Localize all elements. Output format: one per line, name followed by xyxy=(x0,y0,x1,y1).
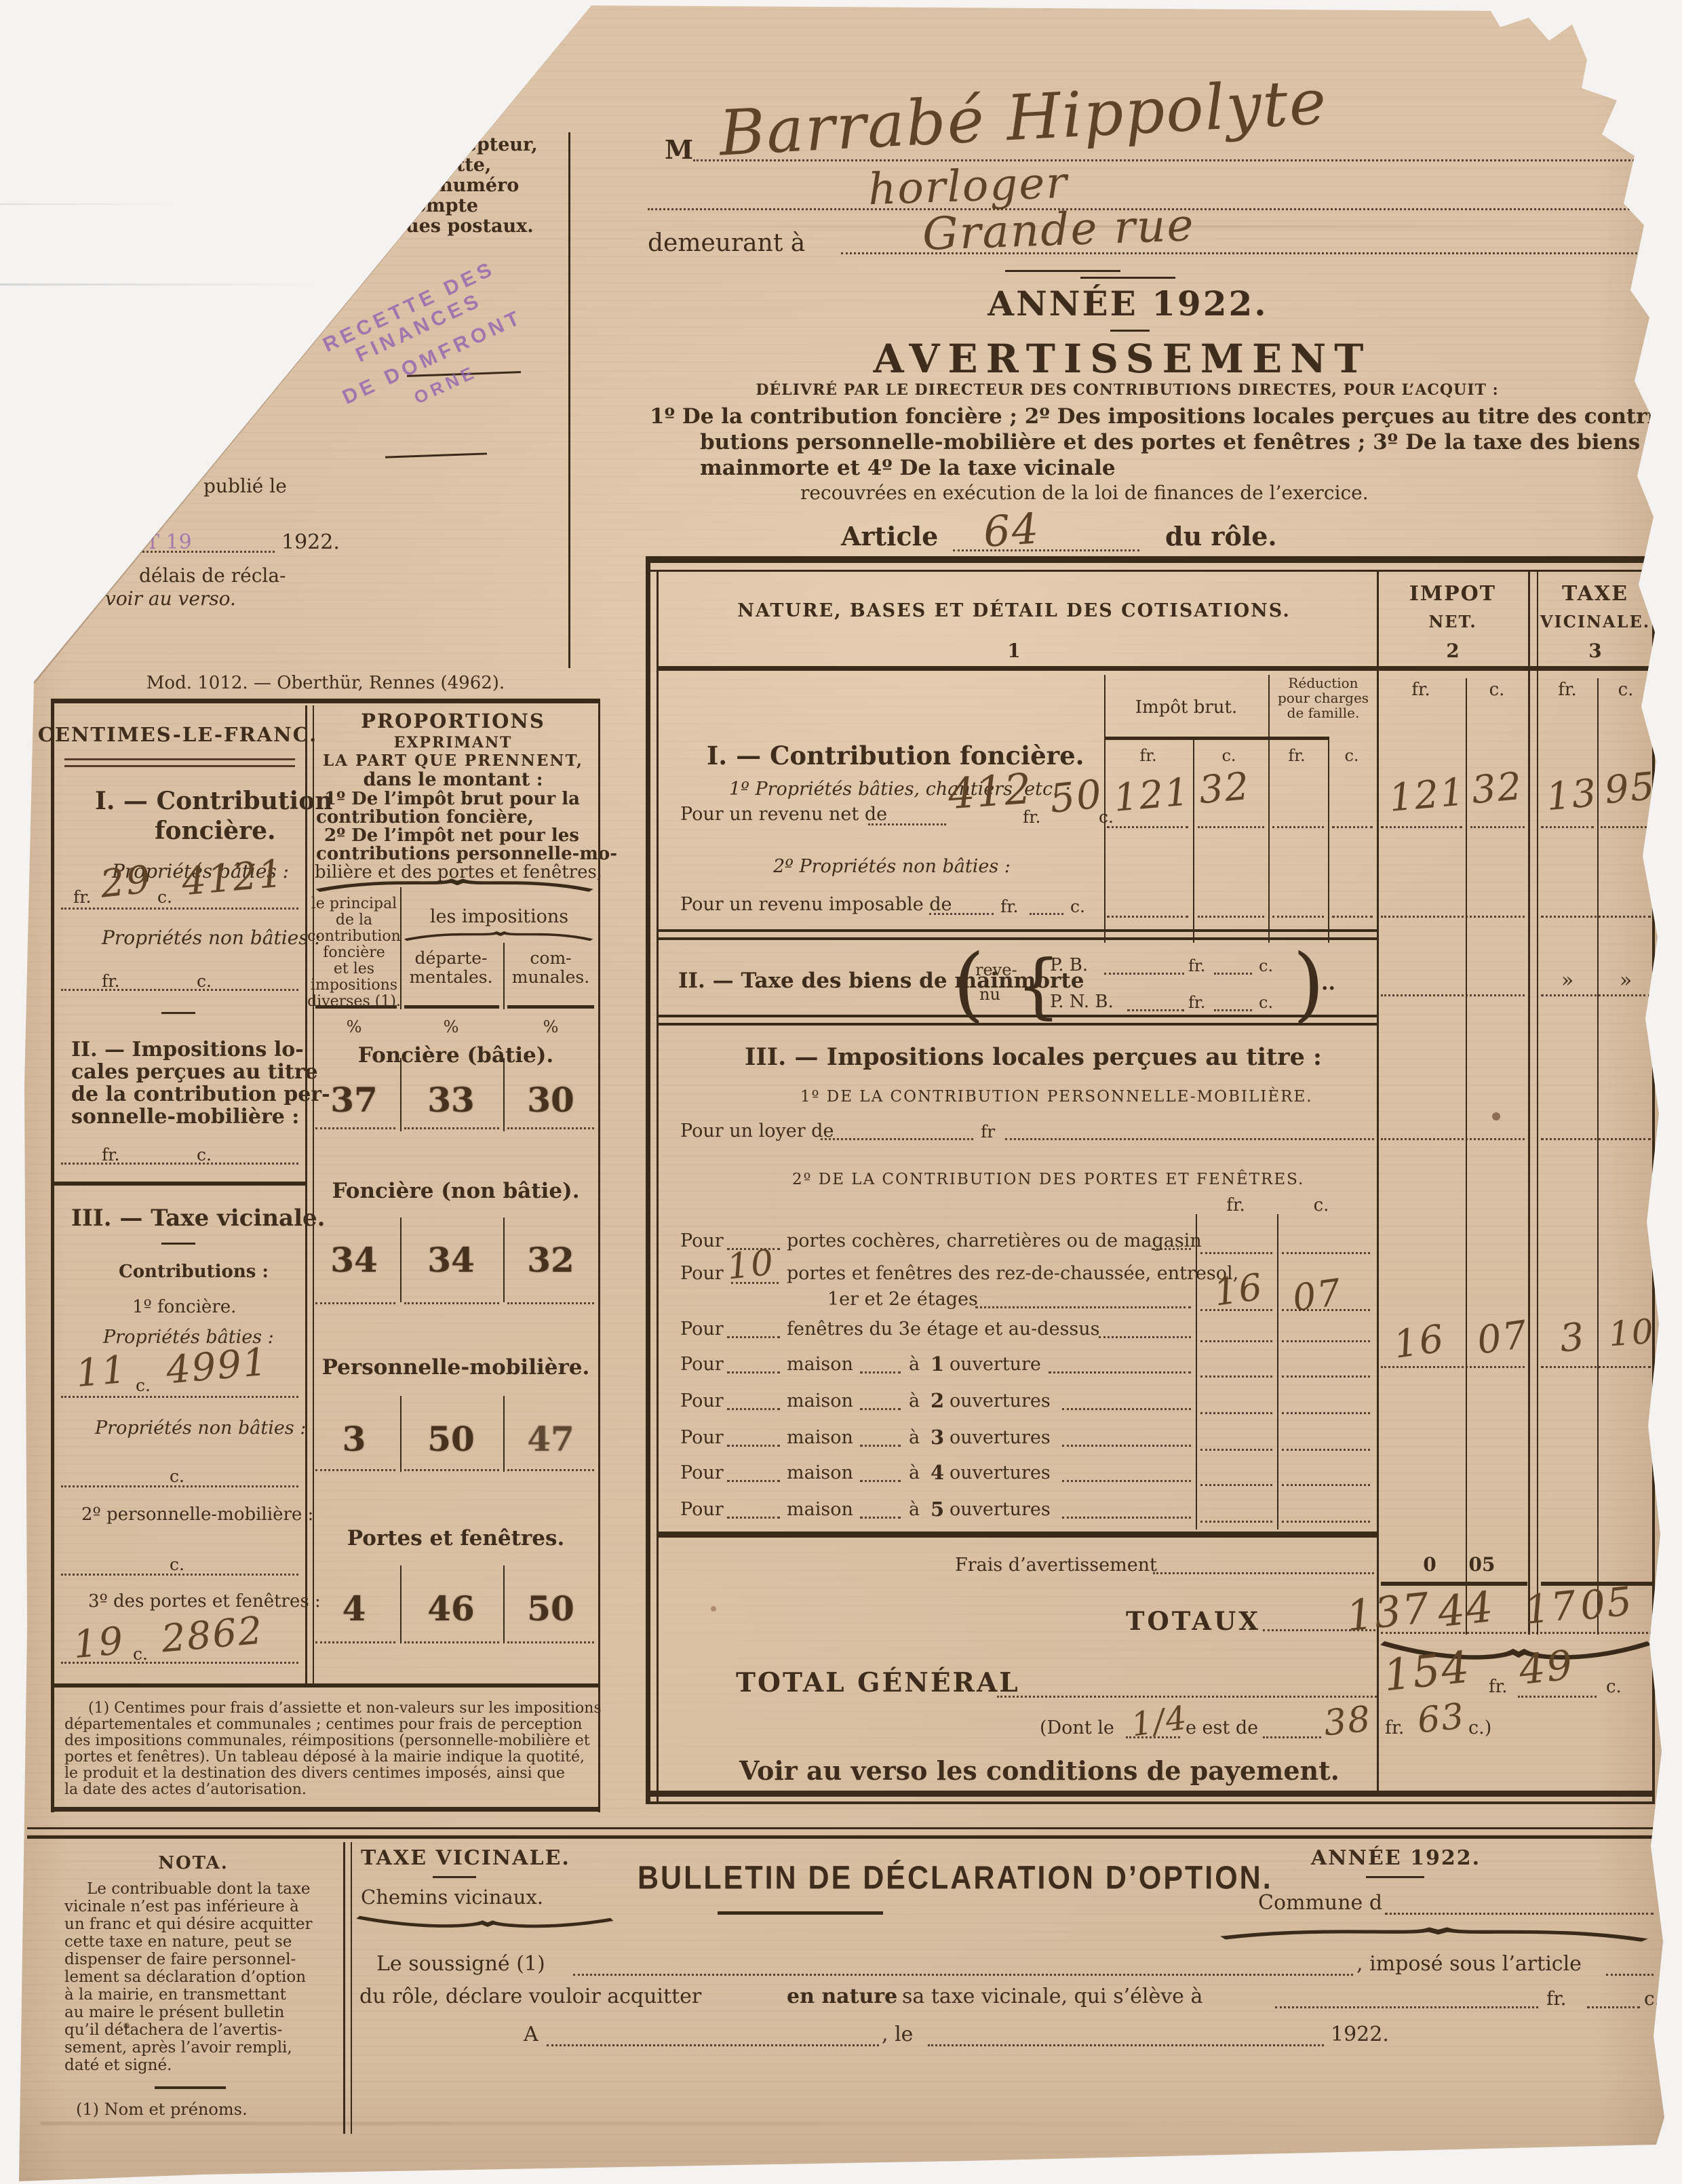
vic-c-value: 95 xyxy=(1603,764,1658,813)
row7-qty-dots xyxy=(727,1517,780,1519)
group1-div-ab xyxy=(400,1217,402,1302)
proportions-li1a: 1º De l’impôt brut pour la xyxy=(324,789,580,809)
loyer-vic-dots xyxy=(1541,1138,1651,1140)
sidebar-left-rule xyxy=(51,699,54,1812)
colC-header-2: munales. xyxy=(512,967,589,987)
frais-dots xyxy=(1153,1572,1374,1574)
finance-office-stamp: RECETTE DES FINANCES DE DOMFRONT ORNE xyxy=(263,231,591,461)
row0-trail-dots xyxy=(1152,1248,1191,1250)
header-bottom-rule xyxy=(657,666,1652,671)
group0-title: Foncière (bâtie). xyxy=(358,1043,553,1068)
group2-dots-c xyxy=(507,1469,594,1471)
sec2-end-rule-a xyxy=(657,1015,1377,1017)
row5-a: à xyxy=(909,1427,920,1448)
commune-dots xyxy=(1385,1913,1654,1915)
sb-fonciere-c-value: 4991 xyxy=(164,1340,270,1393)
group2-div-bc xyxy=(503,1396,505,1472)
publie-date-year: 1922. xyxy=(281,530,340,554)
fold-crease-hint-1 xyxy=(0,284,319,286)
centimes-underrule-a xyxy=(64,758,295,760)
row7-tail: ouvertures xyxy=(950,1499,1051,1520)
fold-crease-hint-2 xyxy=(0,203,176,205)
col3-frc-divider xyxy=(1597,678,1599,1635)
sb-sec1-line1: I. — Contribution xyxy=(95,787,332,815)
group2-value-a: 3 xyxy=(343,1419,366,1459)
sb-sec2-fr-label: fr. xyxy=(102,1145,119,1165)
row5-maison: maison xyxy=(787,1427,853,1448)
proportions-brace xyxy=(312,878,597,893)
declare-fr-label: fr. xyxy=(1546,1987,1567,2010)
group0-dots-c xyxy=(507,1127,594,1129)
mini-c-label: c. xyxy=(1314,1195,1329,1215)
row1-fr-handwriting: 16 xyxy=(1211,1265,1266,1314)
dont-fr-label: fr. xyxy=(1385,1717,1405,1738)
sb-pnb2-dots xyxy=(61,1485,298,1487)
nota-divider-a xyxy=(343,1842,345,2134)
row3-maison: maison xyxy=(787,1354,853,1375)
row6-trail-dots xyxy=(1062,1480,1191,1482)
fragment-percepteur: rcepteur, xyxy=(444,134,538,155)
centimes-underrule-b xyxy=(64,765,295,767)
col2-number: 2 xyxy=(1446,640,1459,662)
sb-sec2-line4: sonnelle-mobilière : xyxy=(71,1105,299,1129)
ri-cell-dots-3 xyxy=(1272,916,1324,918)
revenu-imposable-fr: fr. xyxy=(1000,897,1018,916)
soussigne-dots xyxy=(573,1974,1353,1976)
row5-c-dots xyxy=(1282,1449,1370,1451)
paper-speck-1 xyxy=(1492,1112,1500,1120)
row3-qty-dots xyxy=(727,1371,780,1373)
row5-qty-dots xyxy=(727,1445,780,1447)
table-bottom-rule-thick xyxy=(646,1791,1655,1797)
sb-pnb2: Propriétés non bâties : xyxy=(95,1418,306,1439)
sb-item1: 1º foncière. xyxy=(132,1297,236,1317)
nota-line-2: un franc et qui désire acquitter xyxy=(64,1915,313,1933)
sb-sec2-dots xyxy=(61,1163,298,1165)
colA-percent: % xyxy=(347,1017,362,1036)
impose-dots xyxy=(1606,1974,1654,1976)
revenu-net-value: 412 xyxy=(947,764,1034,819)
row3-mid-dots xyxy=(860,1371,901,1373)
row7-trail-dots xyxy=(1062,1517,1191,1519)
colB-header-2: mentales. xyxy=(409,967,492,987)
nota-line-9: sement, après l’avoir rempli, xyxy=(64,2039,292,2056)
declare-dots-2 xyxy=(1587,2006,1640,2008)
bulletin-title: BULLETIN DE DÉCLARATION D’OPTION. xyxy=(638,1860,1273,1897)
impose-label: , imposé sous l’article xyxy=(1356,1952,1582,1976)
group1-dots-a xyxy=(315,1302,395,1304)
fragment-numero: numéro xyxy=(439,175,519,196)
sb-portes-c-value: 2862 xyxy=(159,1609,265,1662)
row3-fr-dots xyxy=(1200,1376,1272,1378)
row6-a: à xyxy=(909,1462,920,1483)
row1-pour: Pour xyxy=(680,1263,724,1284)
row0-pour: Pour xyxy=(680,1230,724,1251)
group2-dots-a xyxy=(315,1469,395,1471)
row7-num: 5 xyxy=(931,1498,944,1521)
loyer-net-dots xyxy=(1381,1138,1525,1140)
totaux-net-c: 44 xyxy=(1435,1582,1496,1637)
sb-baties-c-value: 4121 xyxy=(180,852,286,905)
col1-header: NATURE, BASES ET DÉTAIL DES COTISATIONS. xyxy=(737,600,1290,621)
footnote-line-2: des impositions communales, réimposition… xyxy=(64,1732,590,1749)
paper-sheet: rcepteur, ecette, numéro ompte ues posta… xyxy=(0,0,1682,2184)
sb-pnb-c-label: c. xyxy=(197,971,212,991)
row2-fr-dots xyxy=(1200,1340,1272,1342)
sb-baties-fr-value: 29 xyxy=(98,857,154,907)
annee-heading: ANNÉE 1922. xyxy=(987,284,1268,324)
sb-baties-c-label: c. xyxy=(157,887,172,907)
row7-fr-dots xyxy=(1200,1521,1272,1523)
ri-cell-dots-1 xyxy=(1107,916,1188,918)
revenu-net-dots xyxy=(868,823,946,825)
colA-line-4: et les xyxy=(334,960,374,977)
table-left-rule-thick xyxy=(646,556,650,1803)
totaux-vic-fr: 17 xyxy=(1523,1582,1580,1633)
section3-sub1: 1º DE LA CONTRIBUTION PERSONNELLE-MOBILI… xyxy=(800,1088,1313,1106)
row5-num: 3 xyxy=(931,1426,944,1449)
revenu-imposable-dots2 xyxy=(1030,913,1063,915)
col2-fr-label: fr. xyxy=(1411,680,1430,700)
row4-maison: maison xyxy=(787,1390,853,1411)
row1-fr-dots xyxy=(1200,1309,1272,1311)
loyer-label: Pour un loyer de xyxy=(680,1120,834,1142)
row2-pour: Pour xyxy=(680,1319,724,1340)
total-general-value-fr: 154 xyxy=(1381,1643,1472,1702)
mainmorte-pnb-label: P. N. B. xyxy=(1050,992,1114,1012)
row2-label: fenêtres du 3e étage et au-dessus xyxy=(787,1319,1100,1340)
row1-c-dots xyxy=(1282,1309,1370,1311)
sb-contributions: Contributions : xyxy=(119,1262,269,1282)
total-general-label: TOTAL GÉNÉRAL xyxy=(736,1667,1020,1698)
mini-fr-label: fr. xyxy=(1226,1195,1245,1215)
revenu-net-cell-dots-1 xyxy=(1107,826,1188,828)
sec1-end-rule-b xyxy=(657,937,1377,940)
para-line-3: mainmorte et 4º De la taxe vicinale xyxy=(700,456,1116,480)
footnote-line-4: le produit et la destination des divers … xyxy=(64,1765,565,1782)
revenu-net-cell-dots-8 xyxy=(1601,826,1651,828)
revenu-net-cell-dots-2 xyxy=(1198,826,1264,828)
ri-cell-dots-6 xyxy=(1541,916,1651,918)
row4-tail: ouvertures xyxy=(950,1390,1051,1411)
sb-item2-c-label: c. xyxy=(170,1555,184,1574)
footnote-line-0: (1) Centimes pour frais d’assiette et no… xyxy=(88,1700,602,1717)
a-label: A xyxy=(524,2023,539,2046)
residence-underline xyxy=(1005,270,1120,272)
reduction-fr-label: fr. xyxy=(1288,746,1305,765)
sb-portes-c-label: c. xyxy=(133,1644,148,1664)
article-number-handwriting: 64 xyxy=(982,503,1042,557)
row3-pour: Pour xyxy=(680,1354,724,1375)
revenu-imposable-label: Pour un revenu imposable de xyxy=(680,894,952,915)
row7-pour: Pour xyxy=(680,1499,724,1520)
declare-pre: du rôle, déclare vouloir acquitter xyxy=(359,1985,701,2008)
group0-value-c: 30 xyxy=(527,1080,574,1120)
fragment-recette: ecette, xyxy=(422,155,491,176)
row1-qty-dots xyxy=(731,1282,779,1284)
row6-maison: maison xyxy=(787,1462,853,1483)
chemins-label: Chemins vicinaux. xyxy=(361,1886,543,1909)
col3-c-label: c. xyxy=(1618,680,1634,700)
mainmorte-net-dots xyxy=(1381,994,1525,996)
sb-sec2-line1: II. — Impositions lo- xyxy=(71,1038,304,1061)
colBC-divider-1 xyxy=(503,943,505,1009)
fragment-compte: ompte xyxy=(414,195,478,216)
hidden-list-dash-2 xyxy=(385,452,487,458)
sb-dash-1 xyxy=(161,1012,195,1014)
mainmorte-pnb-c: c. xyxy=(1259,993,1273,1012)
total-general-dots-2 xyxy=(1518,1696,1597,1698)
totaux-label: TOTAUX xyxy=(1126,1606,1261,1636)
role-label: du rôle. xyxy=(1165,521,1277,551)
soussigne-label: Le soussigné (1) xyxy=(376,1952,545,1976)
vic-fr-value: 13 xyxy=(1544,771,1599,819)
net-c-value: 32 xyxy=(1470,764,1525,813)
revenu-net-cell-dots-4 xyxy=(1332,826,1373,828)
colBC-header: les impositions xyxy=(430,906,568,927)
row0-fr-dots xyxy=(1200,1252,1272,1254)
mod-line: Mod. 1012. — Oberthür, Rennes (4962). xyxy=(146,673,505,693)
colA-line-2: contribution xyxy=(307,928,401,945)
row6-num: 4 xyxy=(931,1461,944,1484)
col3-fr-label: fr. xyxy=(1558,680,1576,700)
sb-fonciere-dots xyxy=(61,1396,298,1398)
mainmorte-reve: reve- xyxy=(975,960,1017,979)
sb-sec2-end-rule xyxy=(51,1182,307,1186)
total-general-c-label: c. xyxy=(1606,1677,1622,1697)
proportions-sub2: LA PART QUE PRENNENT, xyxy=(323,752,583,770)
bottom-sep-rule-b xyxy=(27,1835,1655,1839)
proportions-sub3: dans le montant : xyxy=(363,769,543,790)
bottom-annee-rule xyxy=(1366,1876,1424,1878)
row3-num: 1 xyxy=(931,1352,944,1376)
proportions-li2b: contributions personnelle-mo- xyxy=(316,844,617,864)
detail-end-rule xyxy=(657,1532,1377,1538)
nota-line-8: qu’il détachera de l’avertis- xyxy=(64,2021,282,2039)
row5-pour: Pour xyxy=(680,1427,724,1448)
footnote-line-5: la date des actes d’autorisation. xyxy=(64,1781,307,1798)
declare-post: sa taxe vicinale, qui s’élève à xyxy=(902,1985,1202,2008)
brut-frc-divider xyxy=(1193,738,1194,943)
sb-baties-fr-label: fr. xyxy=(73,887,91,907)
article-dots xyxy=(953,549,1139,551)
nota-line-10: daté et signé. xyxy=(64,2056,172,2074)
dont-pre: (Dont le xyxy=(1040,1717,1114,1738)
proportions-title: PROPORTIONS xyxy=(361,709,545,733)
row6-qty-dots xyxy=(727,1480,780,1482)
group1-value-b: 34 xyxy=(427,1240,475,1280)
group1-div-bc xyxy=(503,1217,505,1302)
fragment-postaux: ues postaux. xyxy=(406,216,534,237)
row2-qty-dots xyxy=(727,1336,780,1338)
group-vic-dots xyxy=(1541,1366,1651,1368)
row4-fr-dots xyxy=(1200,1412,1272,1414)
residence-ruled-line xyxy=(841,252,1641,254)
proportions-sub1: EXPRIMANT xyxy=(394,734,513,752)
row6-mid-dots xyxy=(860,1480,901,1482)
sb-sec3-title: III. — Taxe vicinale. xyxy=(71,1205,325,1232)
dont-frac-dots xyxy=(1126,1736,1180,1738)
revenu-net-cell-dots-3 xyxy=(1272,826,1324,828)
row1-trail-dots xyxy=(975,1306,1191,1308)
row7-maison: maison xyxy=(787,1499,853,1520)
sb-prop-non-baties: Propriétés non bâties : xyxy=(102,927,321,949)
sb-item2-dots xyxy=(61,1574,298,1576)
annee-rule-bottom xyxy=(1110,330,1150,332)
declare-bold: en nature xyxy=(787,1985,897,2008)
sb-sec2-line3: de la contribution per- xyxy=(71,1083,330,1106)
mainmorte-pb-frdots xyxy=(1214,973,1252,975)
group3-dots-a xyxy=(315,1641,395,1643)
footnote-line-1: départementales et communales ; centimes… xyxy=(64,1716,582,1733)
ri-cell-dots-4 xyxy=(1332,916,1373,918)
section1-item2: 2º Propriétés non bâties : xyxy=(773,856,1011,877)
group3-value-c: 50 xyxy=(527,1588,574,1629)
revenu-imposable-dots xyxy=(929,913,994,915)
residence-handwriting: Grande rue xyxy=(922,199,1196,260)
col2-header-net: NET. xyxy=(1428,612,1476,631)
brut-fr-label: fr. xyxy=(1139,746,1156,765)
dont-value-c: 63 xyxy=(1415,1696,1467,1741)
scanned-tax-notice: rcepteur, ecette, numéro ompte ues posta… xyxy=(0,0,1682,2184)
voir-verso-fragment: voir au verso. xyxy=(105,587,236,610)
group2-value-c: 47 xyxy=(527,1419,574,1459)
row5-fr-dots xyxy=(1200,1449,1272,1451)
impot-brut-label: Impôt brut. xyxy=(1135,697,1237,718)
group-net-c-handwriting: 07 xyxy=(1474,1312,1531,1363)
publie-le-label: publié le xyxy=(203,475,287,497)
mainmorte-pnb-frdots xyxy=(1214,1009,1252,1011)
nota-line-5: lement sa déclaration d’option xyxy=(64,1968,306,1986)
nota-footnote: (1) Nom et prénoms. xyxy=(76,2100,248,2119)
frais-c-value: 05 xyxy=(1469,1553,1495,1576)
group2-div-ab xyxy=(400,1396,402,1472)
total-general-fr-label: fr. xyxy=(1489,1677,1507,1697)
group-net-dots xyxy=(1381,1366,1525,1368)
taxe-vicinale-rule xyxy=(433,1876,476,1878)
group2-dots-b xyxy=(404,1469,499,1471)
para-line-2: butions personnelle-mobilière et des por… xyxy=(700,430,1675,454)
mainmorte-pb-dots xyxy=(1104,973,1184,975)
loyer-dots-1 xyxy=(821,1138,973,1140)
recovered-line: recouvrées en exécution de la loi de fin… xyxy=(800,482,1369,504)
group2-title: Personnelle-mobilière. xyxy=(322,1355,590,1380)
row6-tail: ouvertures xyxy=(950,1462,1051,1483)
row7-c-dots xyxy=(1282,1521,1370,1523)
row4-trail-dots xyxy=(1062,1408,1191,1410)
total-general-value-c: 49 xyxy=(1517,1641,1576,1694)
colB-underrule xyxy=(404,1005,499,1009)
col2-col3-divider-b xyxy=(1537,570,1538,1635)
colA-line-1: de la xyxy=(336,912,372,929)
net-fr-value: 121 xyxy=(1387,770,1467,821)
commune-label: Commune d xyxy=(1258,1891,1382,1915)
reduction-c-label: c. xyxy=(1344,746,1358,765)
residence-label: demeurant à xyxy=(648,229,805,257)
row5-trail-dots xyxy=(1062,1445,1191,1447)
row2-c-dots xyxy=(1282,1340,1370,1342)
le-label: , le xyxy=(882,2023,913,2046)
proportions-li1b: contribution foncière, xyxy=(316,807,534,827)
mainmorte-ditto-fr: » xyxy=(1561,969,1573,992)
group3-title: Portes et fenêtres. xyxy=(347,1526,565,1551)
group1-dots-c xyxy=(507,1302,594,1304)
revenu-net-cell-dots-5 xyxy=(1381,826,1462,828)
ri-cell-dots-5 xyxy=(1381,916,1525,918)
sidebar-mid-divider-a xyxy=(305,705,307,1683)
nota-line-3: cette taxe en nature, peut se xyxy=(64,1933,292,1951)
colA-underrule xyxy=(315,1005,397,1009)
brut-fr-value: 121 xyxy=(1112,770,1192,821)
sb-item2: 2º personnelle-mobilière : xyxy=(81,1504,313,1525)
ri-cell-dots-2 xyxy=(1198,916,1264,918)
colAB-divider-1 xyxy=(400,887,402,1009)
nota-divider-b xyxy=(351,1842,352,2134)
row1-qty-handwriting: 10 xyxy=(725,1242,777,1287)
group-vic-fr-handwriting: 3 xyxy=(1558,1314,1588,1361)
brut-reduction-divider xyxy=(1268,675,1270,943)
sb-sec1-line2: foncière. xyxy=(155,817,276,845)
nota-line-4: dispenser de faire personnel- xyxy=(64,1951,296,1968)
colB-header-1: départe- xyxy=(415,948,488,968)
dont-dots xyxy=(1263,1736,1321,1738)
le-dots xyxy=(928,2044,1324,2046)
group1-dots-b xyxy=(404,1302,499,1304)
group0-value-b: 33 xyxy=(427,1080,475,1120)
group3-value-b: 46 xyxy=(427,1588,475,1629)
brut-reduction-underrule xyxy=(1104,737,1329,740)
sb-pnb-fr-label: fr. xyxy=(102,971,119,991)
issued-by-line: DÉLIVRÉ PAR LE DIRECTEUR DES CONTRIBUTIO… xyxy=(756,381,1498,399)
header-divider-line xyxy=(568,132,570,668)
group0-div-ab xyxy=(400,1058,402,1131)
group3-dots-b xyxy=(404,1641,499,1643)
row4-num: 2 xyxy=(931,1389,944,1412)
sb-sec2-line2: cales perçues au titre xyxy=(71,1060,318,1084)
colA-line-3: foncière xyxy=(323,944,385,961)
table-top-rule-thick xyxy=(646,556,1651,563)
sidebar-bottom-rule xyxy=(51,1807,600,1812)
centimes-header: CENTIMES-LE-FRANC. xyxy=(38,723,318,746)
sb-pnb-dots xyxy=(61,989,298,991)
footnote-line-3: portes et fenêtres). Un tableau déposé à… xyxy=(64,1749,585,1766)
row6-pour: Pour xyxy=(680,1462,724,1483)
row3-a: à xyxy=(909,1354,920,1375)
col3-number: 3 xyxy=(1588,640,1601,662)
para-line-1: 1º De la contribution foncière ; 2º Des … xyxy=(650,404,1664,429)
col2-c-label: c. xyxy=(1489,680,1505,700)
declare-c-label: c. xyxy=(1644,1987,1661,2010)
mainmorte-pb-label: P. B. xyxy=(1050,955,1088,975)
sb-portes-fr: 19 xyxy=(71,1619,126,1667)
dont-c-label: c.) xyxy=(1468,1717,1491,1738)
taxe-vicinale-heading: TAXE VICINALE. xyxy=(361,1846,570,1870)
reduction-label: Réduction pour charges de famille. xyxy=(1272,676,1374,720)
group1-title: Foncière (non bâtie). xyxy=(332,1179,579,1203)
addressee-name-handwriting: Barrabé Hippolyte xyxy=(718,66,1329,170)
verso-note: Voir au verso les conditions de payement… xyxy=(739,1755,1339,1786)
loyer-fr-label: fr xyxy=(981,1122,995,1142)
colC-header-1: com- xyxy=(530,948,571,968)
footnote-top-rule xyxy=(51,1683,600,1688)
colBC-brace xyxy=(402,931,595,941)
chemins-brace xyxy=(353,1914,617,1929)
proportions-li2a: 2º De l’impôt net pour les xyxy=(324,825,579,846)
row0-c-dots xyxy=(1282,1252,1370,1254)
row3-tail: ouverture xyxy=(950,1354,1041,1375)
row7-a: à xyxy=(909,1499,920,1520)
row3-trail-dots xyxy=(1049,1371,1191,1373)
